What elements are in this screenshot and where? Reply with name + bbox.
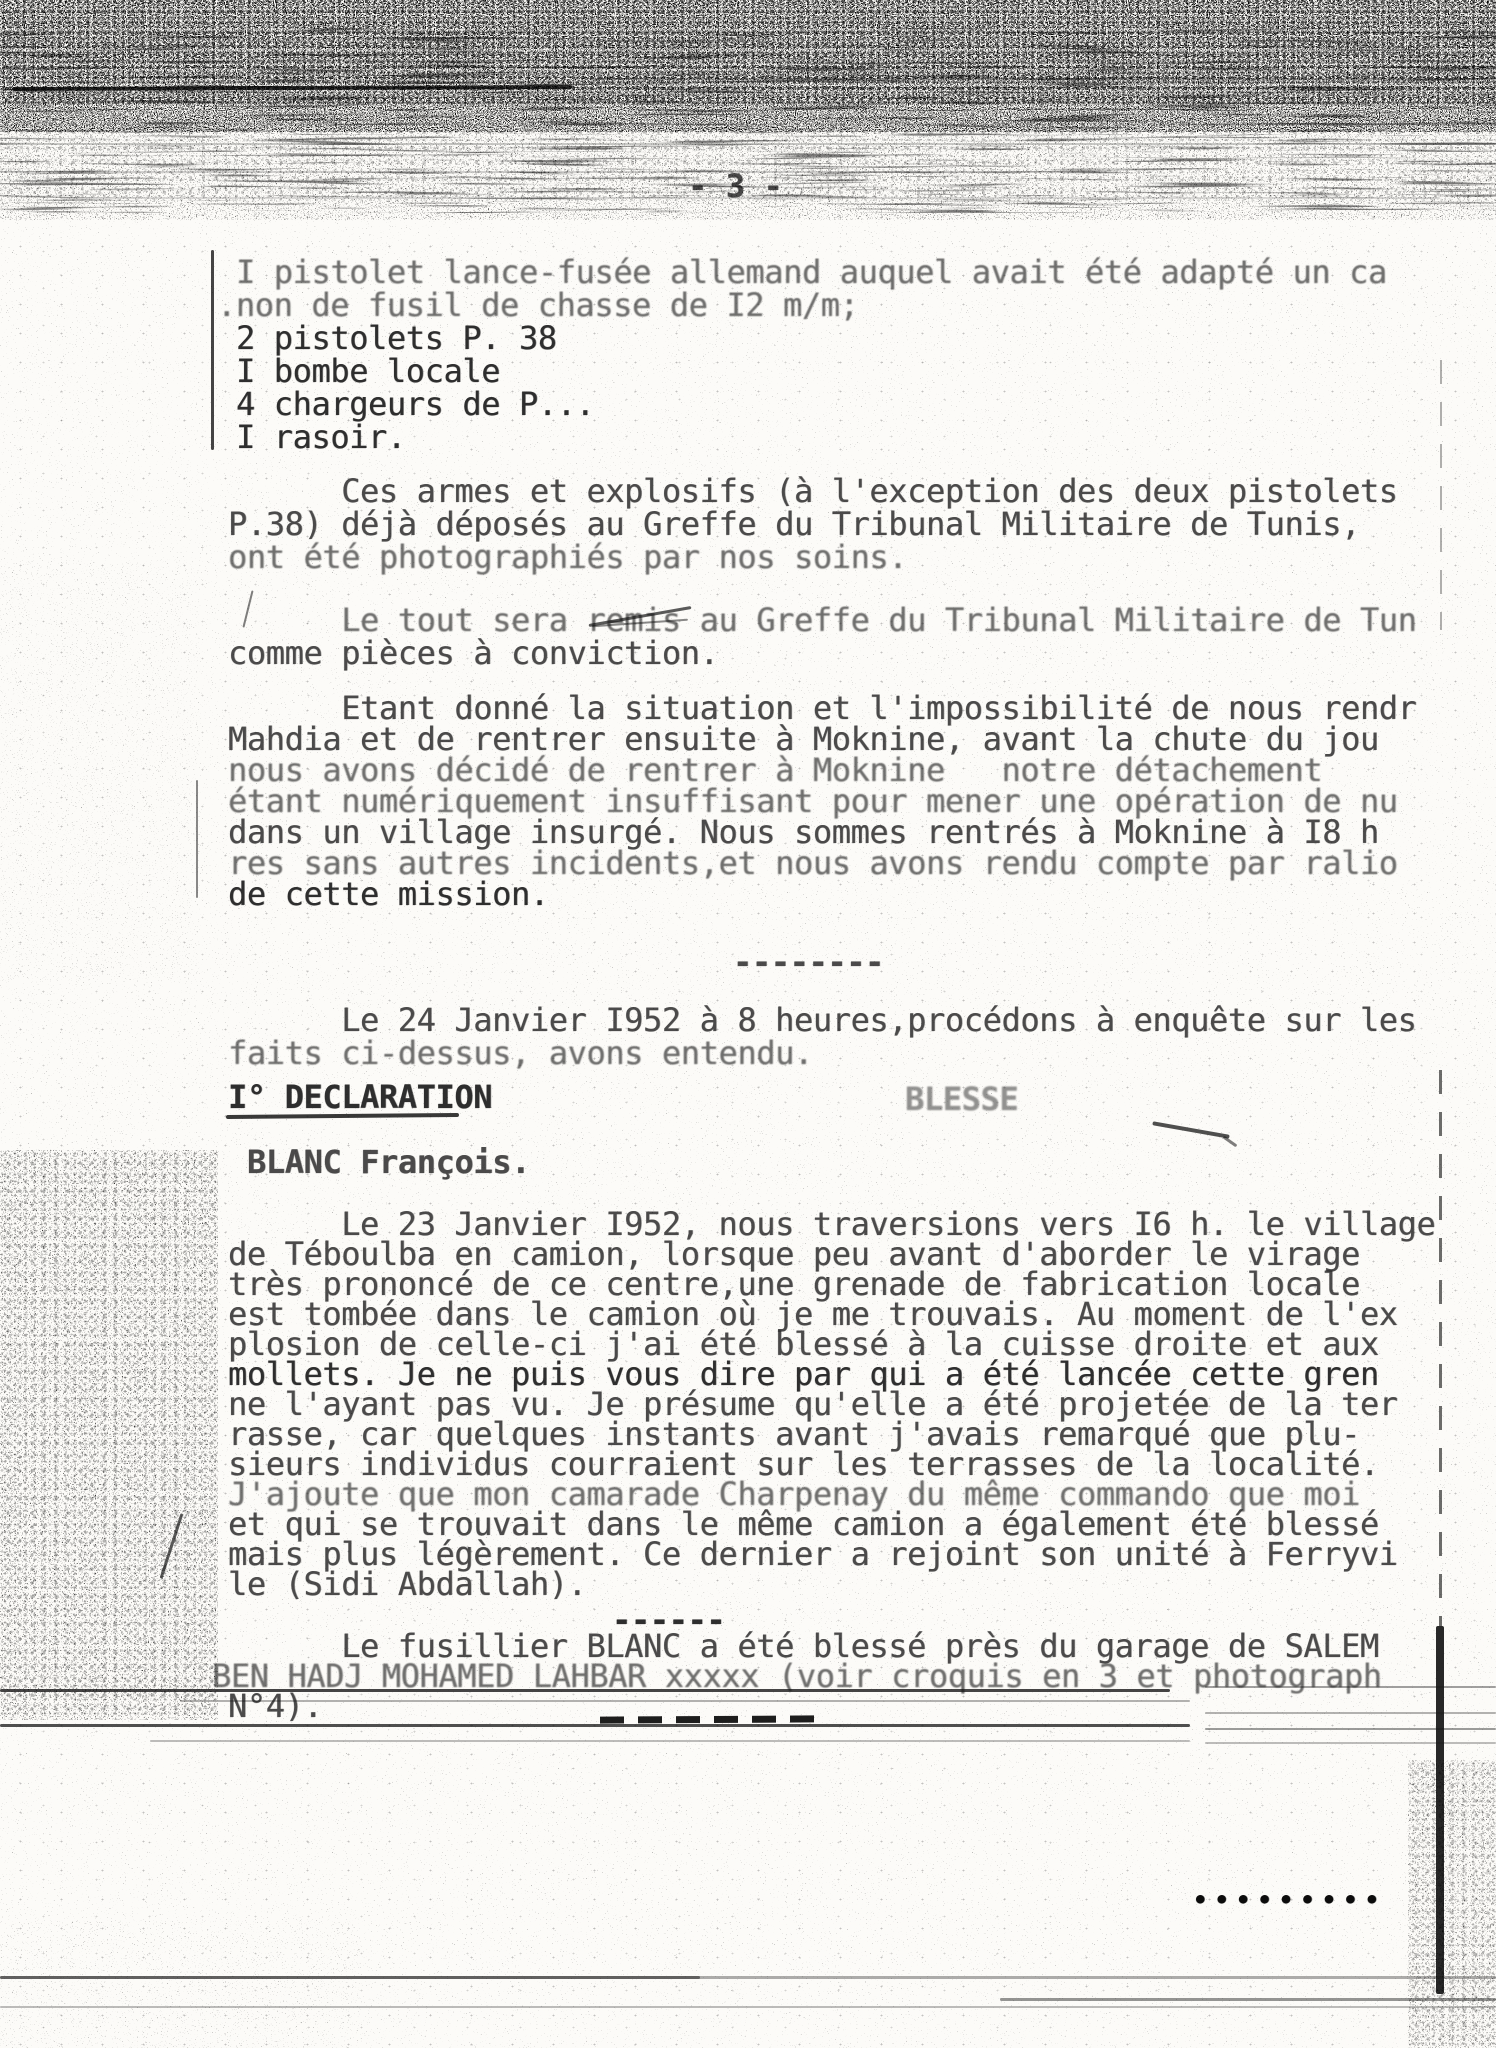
scan-streak — [150, 1740, 1190, 1742]
scan-streak — [60, 197, 1440, 199]
scan-streak — [0, 171, 1100, 173]
blesse-label: BLESSE — [905, 1083, 1018, 1116]
scan-streak — [0, 1976, 700, 1979]
typed-line: ont été photographiés par nos soins. — [228, 541, 907, 574]
typed-line: 4 chargeurs de P... — [236, 388, 594, 421]
typed-line: comme pièces à conviction. — [228, 637, 719, 670]
scan-streak — [1205, 1728, 1496, 1730]
scanned-page: { "colors": {"paper": "#fcfbf8", "ink": … — [0, 0, 1496, 2048]
scan-streak — [0, 1689, 1170, 1692]
typed-line: I bombe locale — [236, 355, 500, 388]
dot-row: ••••••••• — [1193, 1892, 1386, 1908]
typed-line: faits ci-dessus, avons entendu. — [228, 1037, 813, 1070]
scan-streak — [0, 1724, 1190, 1727]
scan-streak — [1205, 1742, 1496, 1744]
scan-streak — [0, 143, 1496, 145]
scan-streak — [0, 2006, 1496, 2008]
typed-line: .non de fusil de chasse de I2 m/m; — [217, 289, 858, 322]
typed-line: N°4). — [228, 1690, 322, 1723]
left-noise-band — [0, 1150, 218, 1720]
scan-streak — [1000, 1998, 1496, 2001]
scan-streak — [590, 78, 1496, 80]
right-edge-line — [1440, 360, 1442, 630]
right-edge-line — [1439, 1070, 1442, 1626]
typed-line: Le tout sera remis au Greffe du Tribunal… — [228, 604, 1417, 637]
scan-streak — [180, 1700, 1190, 1702]
pen-mark — [1223, 1136, 1238, 1148]
margin-line — [196, 780, 198, 898]
declaration-heading: I° DECLARATION — [228, 1081, 492, 1114]
typed-line: I pistolet lance-fusée allemand auquel a… — [236, 256, 1387, 289]
typed-line: de cette mission. — [228, 878, 549, 911]
bold-dashes-mark — [600, 1715, 815, 1723]
typed-line: Ces armes et explosifs (à l'exception de… — [228, 475, 1398, 508]
right-edge-line — [1436, 1626, 1444, 1994]
scan-streak — [12, 85, 572, 91]
typed-line: Le 24 Janvier I952 à 8 heures,procédons … — [228, 1004, 1417, 1037]
typed-line: I rasoir. — [236, 421, 406, 454]
pen-mark — [160, 1513, 184, 1579]
heading-underline — [226, 1113, 459, 1119]
separator-dashes: -------- — [733, 946, 884, 979]
typed-line: le (Sidi Abdallah). — [228, 1568, 586, 1601]
pen-mark — [1152, 1121, 1230, 1138]
margin-line — [211, 250, 214, 450]
typed-line: 2 pistolets P. 38 — [236, 322, 557, 355]
scan-streak — [1205, 1712, 1496, 1714]
witness-name: BLANC François. — [247, 1146, 530, 1179]
corner-noise-band — [1408, 1760, 1496, 2048]
typed-line: P.38) déjà déposés au Greffe du Tribunal… — [228, 508, 1360, 541]
scan-streak — [1205, 1686, 1496, 1688]
